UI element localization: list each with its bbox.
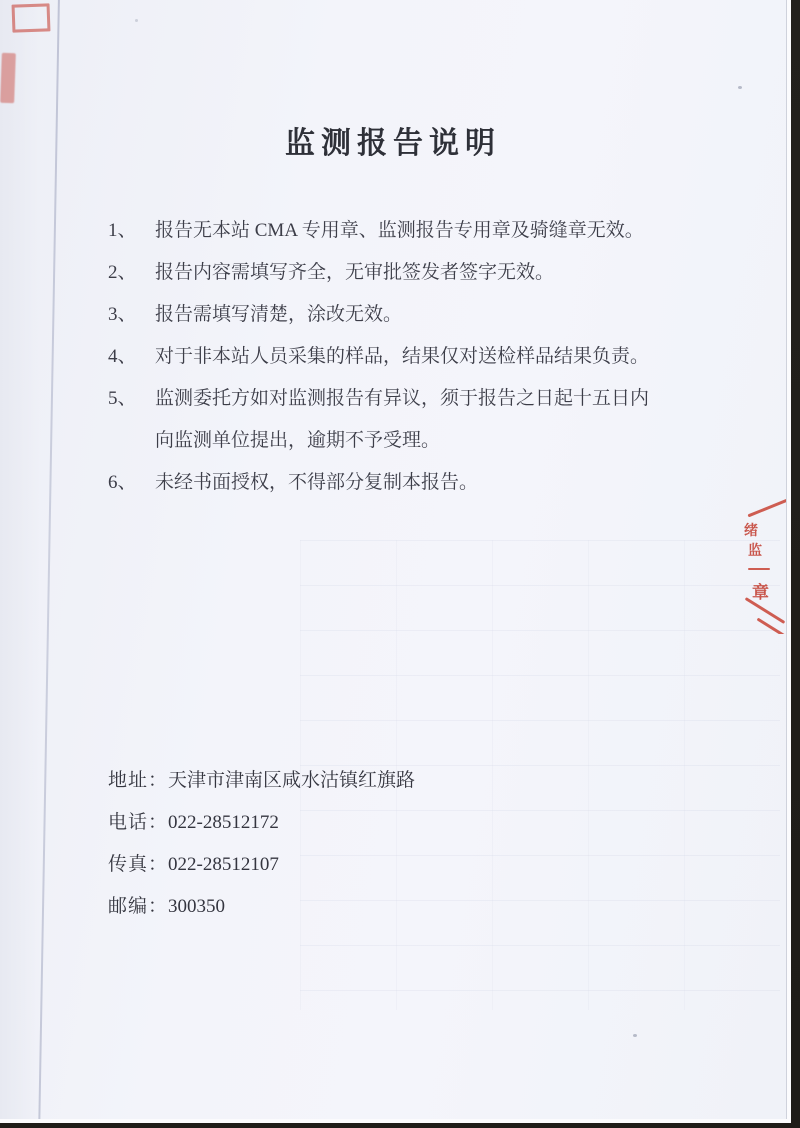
seam-stamp-fragment: 绪 监 章 xyxy=(742,492,786,634)
list-item: 5、 监测委托方如对监测报告有异议，须于报告之日起十五日内向监测单位提出，逾期不… xyxy=(108,378,668,462)
scan-speck xyxy=(135,19,138,22)
fax-row: 传真：022-28512107 xyxy=(108,844,415,886)
item-number: 5、 xyxy=(108,378,155,462)
zip-value: 300350 xyxy=(168,896,225,917)
stamp-line-stroke xyxy=(748,568,770,570)
item-number: 6、 xyxy=(108,462,155,504)
corner-stamp-fragment xyxy=(0,53,16,103)
phone-value: 022-28512172 xyxy=(168,812,279,833)
list-item: 3、 报告需填写清楚，涂改无效。 xyxy=(108,294,668,336)
item-number: 4、 xyxy=(108,336,155,378)
scan-speck xyxy=(633,1034,637,1037)
item-text: 未经书面授权，不得部分复制本报告。 xyxy=(155,462,478,504)
document-page: 监测报告说明 1、 报告无本站 CMA 专用章、监测报告专用章及骑缝章无效。 2… xyxy=(0,0,787,1119)
scan-speck xyxy=(738,86,742,89)
phone-row: 电话：022-28512172 xyxy=(108,802,415,844)
notes-list: 1、 报告无本站 CMA 专用章、监测报告专用章及骑缝章无效。 2、 报告内容需… xyxy=(108,210,668,504)
fax-value: 022-28512107 xyxy=(168,854,279,875)
stamp-arc-stroke xyxy=(747,494,786,518)
stamp-character: 章 xyxy=(752,578,769,603)
item-text: 对于非本站人员采集的样品，结果仅对送检样品结果负责。 xyxy=(155,336,649,378)
item-number: 1、 xyxy=(108,210,155,252)
item-number: 3、 xyxy=(108,294,155,336)
item-text: 报告内容需填写齐全，无审批签发者签字无效。 xyxy=(155,252,554,294)
stamp-character: 监 xyxy=(748,540,762,560)
phone-label: 电话： xyxy=(108,812,168,833)
address-row: 地址：天津市津南区咸水沽镇红旗路 xyxy=(108,760,415,802)
item-text: 报告需填写清楚，涂改无效。 xyxy=(155,294,402,336)
item-text: 报告无本站 CMA 专用章、监测报告专用章及骑缝章无效。 xyxy=(155,210,644,252)
list-item: 6、 未经书面授权，不得部分复制本报告。 xyxy=(108,462,668,504)
corner-stamp-fragment xyxy=(12,3,51,32)
fax-label: 传真： xyxy=(108,854,168,875)
stamp-character: 绪 xyxy=(744,520,759,540)
page-title: 监测报告说明 xyxy=(0,118,786,162)
address-value: 天津市津南区咸水沽镇红旗路 xyxy=(168,770,415,791)
item-text: 监测委托方如对监测报告有异议，须于报告之日起十五日内向监测单位提出，逾期不予受理… xyxy=(155,378,655,462)
list-item: 4、 对于非本站人员采集的样品，结果仅对送检样品结果负责。 xyxy=(108,336,668,378)
contact-block: 地址：天津市津南区咸水沽镇红旗路 电话：022-28512172 传真：022-… xyxy=(108,760,415,928)
address-label: 地址： xyxy=(108,770,168,791)
item-number: 2、 xyxy=(108,252,155,294)
zip-label: 邮编： xyxy=(108,896,168,917)
zip-row: 邮编：300350 xyxy=(108,886,415,928)
list-item: 2、 报告内容需填写齐全，无审批签发者签字无效。 xyxy=(108,252,668,294)
list-item: 1、 报告无本站 CMA 专用章、监测报告专用章及骑缝章无效。 xyxy=(108,210,668,252)
